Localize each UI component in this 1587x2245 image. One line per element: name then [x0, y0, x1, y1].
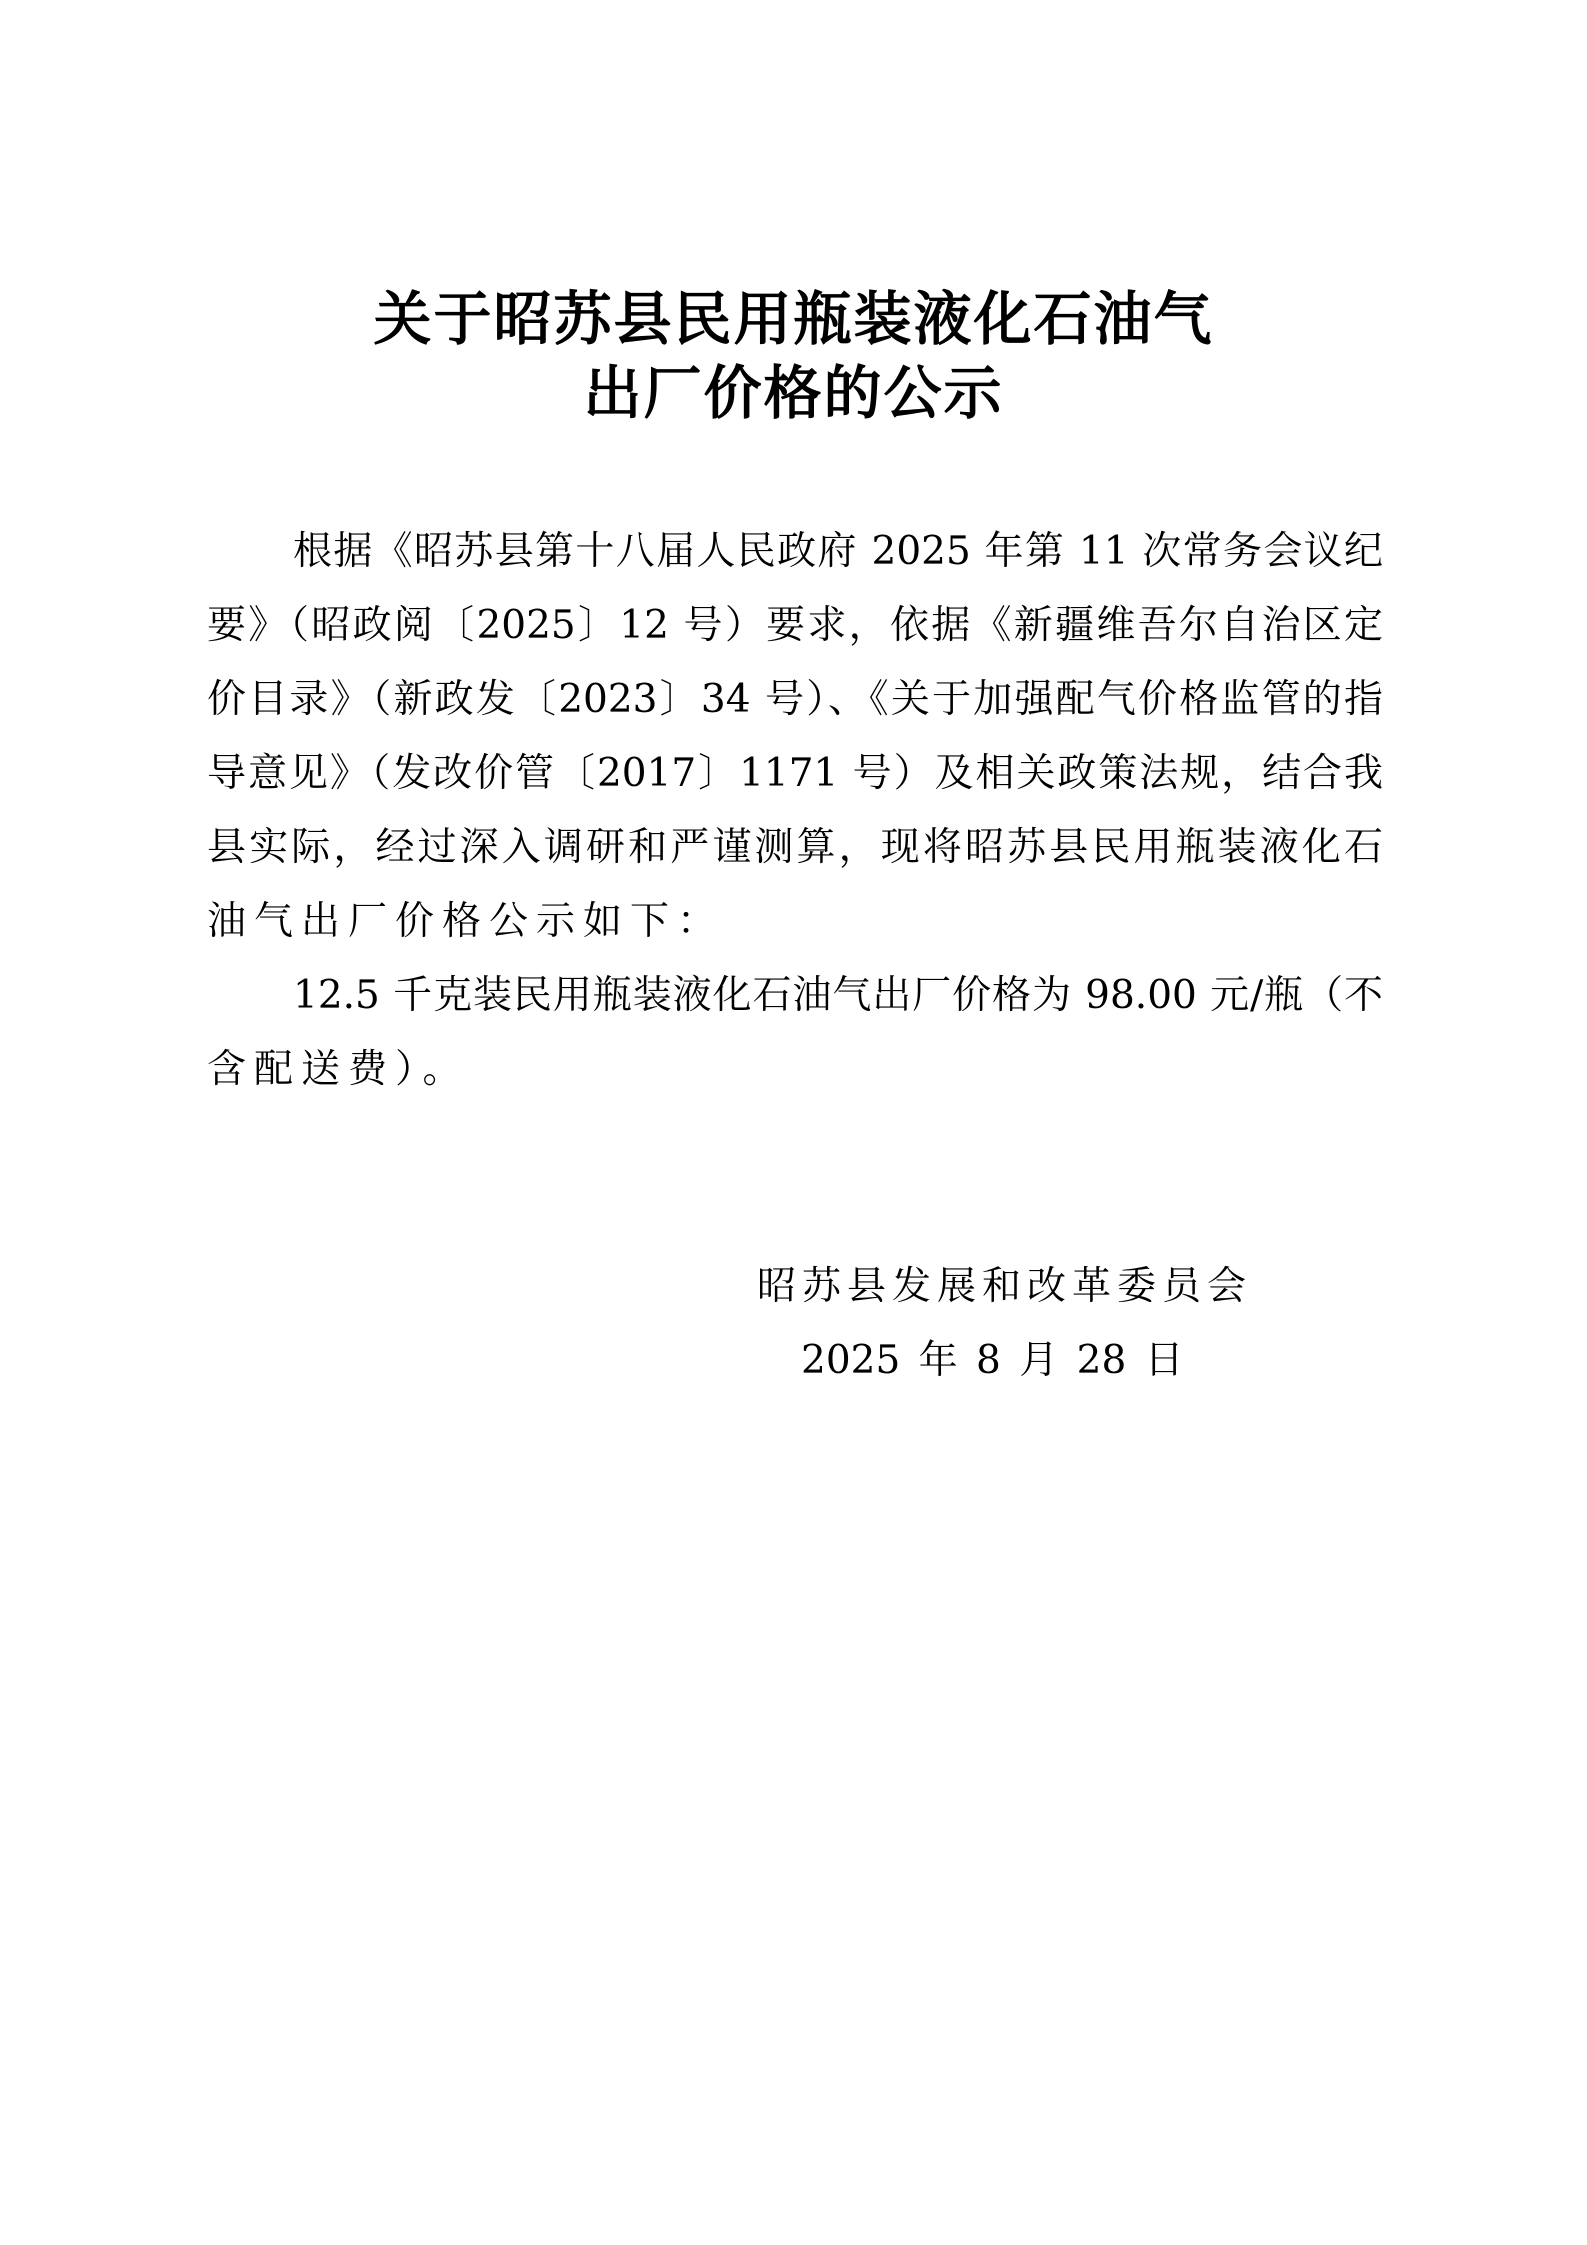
- paragraph-line: 根据《昭苏县第十八届人民政府 2025 年第 11 次常务会议纪: [207, 515, 1383, 589]
- paragraph-basis: 根据《昭苏县第十八届人民政府 2025 年第 11 次常务会议纪 要》（昭政阅〔…: [207, 515, 1383, 959]
- title-line-2: 出厂价格的公示: [0, 356, 1587, 430]
- paragraph-line: 县实际，经过深入调研和严谨测算，现将昭苏县民用瓶装液化石: [207, 811, 1383, 885]
- document-body: 根据《昭苏县第十八届人民政府 2025 年第 11 次常务会议纪 要》（昭政阅〔…: [207, 515, 1383, 1107]
- paragraph-price: 12.5 千克装民用瓶装液化石油气出厂价格为 98.00 元/瓶（不 含配送费）…: [207, 959, 1383, 1107]
- signature-block: 昭苏县发展和改革委员会 2025 年 8 月 28 日: [757, 1250, 1252, 1398]
- issue-date: 2025 年 8 月 28 日: [757, 1324, 1252, 1398]
- title-line-1: 关于昭苏县民用瓶装液化石油气: [0, 282, 1587, 356]
- paragraph-line: 导意见》（发改价管〔2017〕1171 号）及相关政策法规，结合我: [207, 737, 1383, 811]
- issuing-organization: 昭苏县发展和改革委员会: [757, 1250, 1252, 1324]
- paragraph-line: 油气出厂价格公示如下：: [207, 885, 1383, 959]
- document-page: 关于昭苏县民用瓶装液化石油气 出厂价格的公示 根据《昭苏县第十八届人民政府 20…: [0, 0, 1587, 2245]
- paragraph-line: 价目录》（新政发〔2023〕34 号）、《关于加强配气价格监管的指: [207, 663, 1383, 737]
- paragraph-line: 含配送费）。: [207, 1033, 1383, 1107]
- document-title: 关于昭苏县民用瓶装液化石油气 出厂价格的公示: [0, 282, 1587, 430]
- paragraph-line: 12.5 千克装民用瓶装液化石油气出厂价格为 98.00 元/瓶（不: [207, 959, 1383, 1033]
- paragraph-line: 要》（昭政阅〔2025〕12 号）要求，依据《新疆维吾尔自治区定: [207, 589, 1383, 663]
